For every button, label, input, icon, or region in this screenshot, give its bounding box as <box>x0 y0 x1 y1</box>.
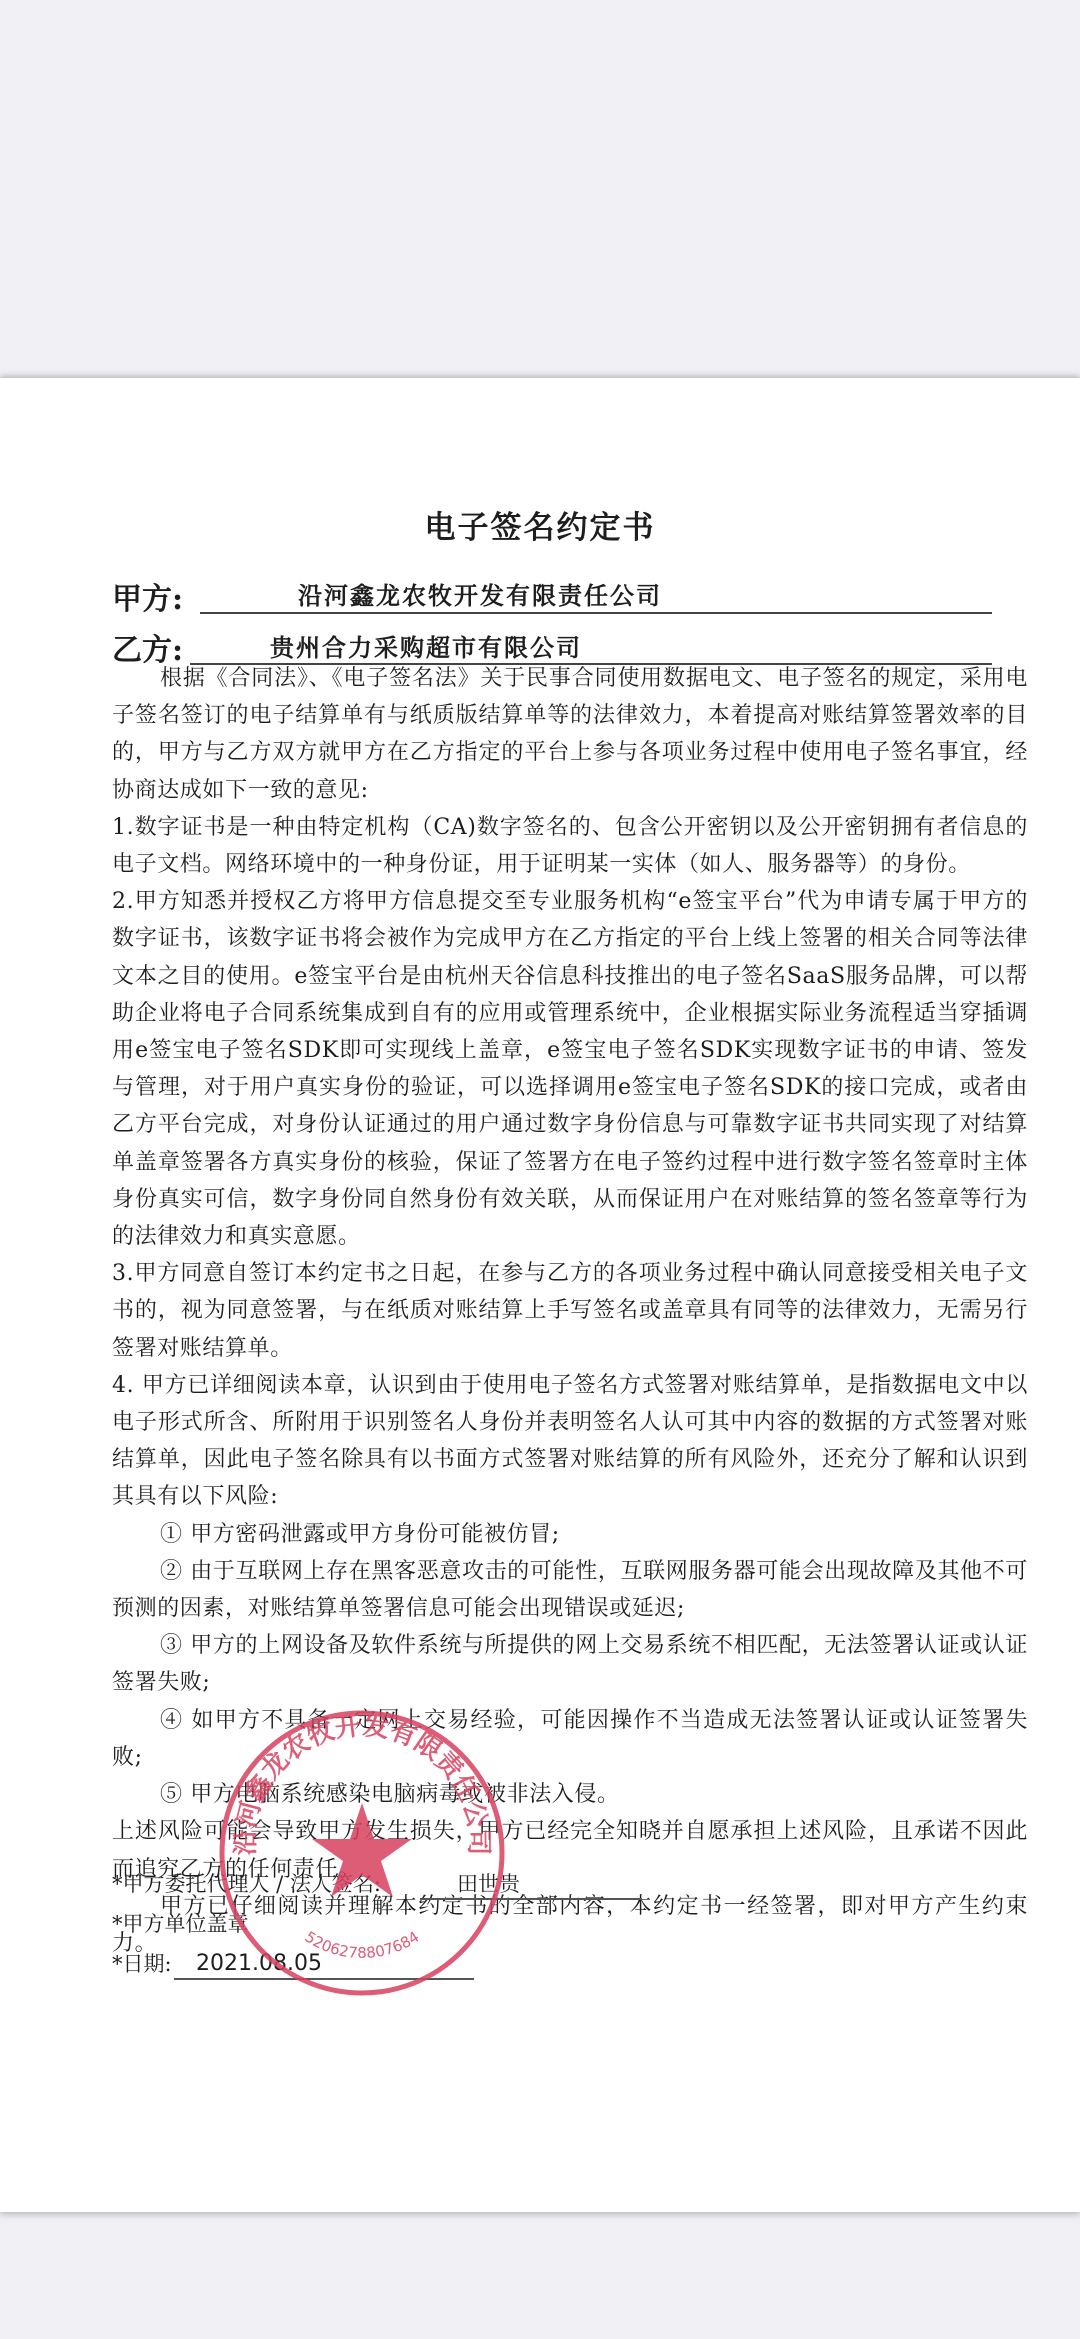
party-a-row: 甲方: <box>112 574 202 618</box>
date-value: 2021.08.05 <box>196 1944 322 1984</box>
clause-3: 3.甲方同意自签订本约定书之日起，在参与乙方的各项业务过程中确认同意接受相关电子… <box>112 1255 1028 1367</box>
date-row: *日期: 2021.08.05 <box>112 1944 381 1984</box>
document-title: 电子签名约定书 <box>0 502 1080 547</box>
party-b-value: 贵州合力采购超市有限公司 <box>270 628 582 663</box>
clause-4: 4. 甲方已详细阅读本章，认识到由于使用电子签名方式签署对账结算单，是指数据电文… <box>112 1367 1028 1516</box>
agent-signature-label: *甲方委托代理人 / 法人签名: <box>112 1872 381 1896</box>
signature-block: *甲方委托代理人 / 法人签名: 田世贵 *甲方单位盖章 *日期: 2021.0… <box>112 1864 381 1984</box>
preamble-paragraph: 根据《合同法》、《电子签名法》关于民事合同使用数据电文、电子签名的规定，采用电子… <box>112 660 1028 809</box>
clause-1: 1.数字证书是一种由特定机构（CA)数字签名的、包含公开密钥以及公开密钥拥有者信… <box>112 809 1028 883</box>
risk-item-5: ⑤ 甲方电脑系统感染电脑病毒或被非法入侵。 <box>112 1776 1028 1813</box>
seal-row: *甲方单位盖章 <box>112 1904 381 1944</box>
scanned-document-page: 电子签名约定书 甲方: 沿河鑫龙农牧开发有限责任公司 乙方: 贵州合力采购超市有… <box>0 378 1080 2212</box>
agent-signature-underline <box>420 1868 642 1900</box>
seal-label: *甲方单位盖章 <box>112 1912 249 1936</box>
party-a-label: 甲方: <box>112 574 202 618</box>
risk-item-4: ④ 如甲方不具备一定网上交易经验，可能因操作不当造成无法签署认证或认证签署失败; <box>112 1702 1028 1776</box>
agent-signature-value: 田世贵 <box>457 1864 520 1904</box>
risk-item-3: ③ 甲方的上网设备及软件系统与所提供的网上交易系统不相匹配，无法签署认证或认证签… <box>112 1627 1028 1701</box>
risk-item-1: ① 甲方密码泄露或甲方身份可能被仿冒; <box>112 1516 1028 1553</box>
clause-2: 2.甲方知悉并授权乙方将甲方信息提交至专业服务机构“e签宝平台”代为申请专属于甲… <box>112 883 1028 1255</box>
agent-signature-row: *甲方委托代理人 / 法人签名: 田世贵 <box>112 1864 381 1904</box>
document-body: 根据《合同法》、《电子签名法》关于民事合同使用数据电文、电子签名的规定，采用电子… <box>112 660 1028 1962</box>
risk-item-2: ② 由于互联网上存在黑客恶意攻击的可能性，互联网服务器可能会出现故障及其他不可预… <box>112 1553 1028 1627</box>
date-label: *日期: <box>112 1952 172 1976</box>
party-a-value: 沿河鑫龙农牧开发有限责任公司 <box>298 576 662 611</box>
